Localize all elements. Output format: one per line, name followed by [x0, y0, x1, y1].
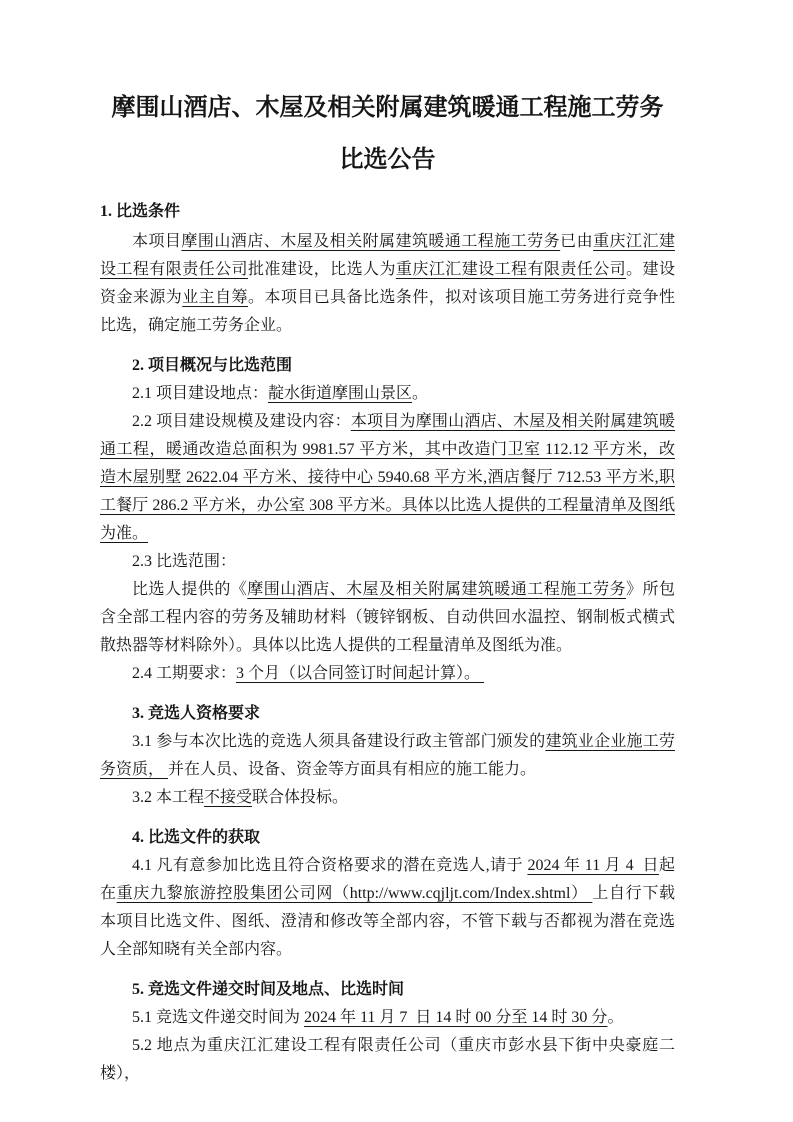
section-1-heading: 1. 比选条件	[100, 198, 675, 226]
document-title-line1: 摩围山酒店、木屋及相关附属建筑暖通工程施工劳务	[112, 95, 664, 121]
text-run: 5.2 地点为重庆江汇建设工程有限责任公司（重庆市彭水县下街中央豪庭二楼），	[100, 1037, 675, 1082]
clause-5-1: 5.1 竞选文件递交时间为 2024 年 11 月 7 日 14 时 00 分至…	[100, 1004, 675, 1032]
text-run: 并在人员、设备、资金等方面具有相应的施工能力。	[168, 761, 536, 778]
document-title: 摩围山酒店、木屋及相关附属建筑暖通工程施工劳务 比选公告	[100, 82, 675, 186]
underlined-text: 本项目为摩围山酒店、木屋及相关附属建筑暖通工程，暖通改造总面积为 9981.57…	[100, 413, 675, 542]
clause-2-3-label: 2.3 比选范围：	[100, 548, 675, 576]
underlined-text: 不接受	[204, 789, 252, 806]
text-run: 2.2 项目建设规模及建设内容：	[132, 413, 351, 430]
clause-2-4: 2.4 工期要求：3 个月（以合同签订时间起计算）。	[100, 660, 675, 688]
clause-3-1: 3.1 参与本次比选的竞选人须具备建设行政主管部门颁发的建筑业企业施工劳务资质，…	[100, 728, 675, 784]
text-run: 2.4 工期要求：	[132, 665, 236, 682]
underlined-text: 重庆九黎旅游控股集团公司网（http://www.cqjljt.com/Inde…	[117, 885, 593, 902]
text-run: 已由	[560, 233, 593, 250]
text-run: 5.1 竞选文件递交时间为	[132, 1009, 304, 1026]
text-run: 2.1 项目建设地点：	[132, 385, 268, 402]
underlined-text: 2024 年 11 月 4 日	[527, 857, 659, 874]
clause-3-2: 3.2 本工程不接受联合体投标。	[100, 784, 675, 812]
text-run: 2. 项目概况与比选范围	[132, 357, 292, 374]
clause-4-1: 4.1 凡有意参加比选且符合资格要求的潜在竞选人,请于 2024 年 11 月 …	[100, 852, 675, 964]
text-run: 3.1 参与本次比选的竞选人须具备建设行政主管部门颁发的	[132, 733, 545, 750]
text-run: 批准建设，比选人为	[248, 261, 396, 278]
underlined-text: 业主自筹	[182, 289, 248, 306]
clause-2-3-paragraph: 比选人提供的《摩围山酒店、木屋及相关附属建筑暖通工程施工劳务》所包含全部工程内容…	[100, 576, 675, 660]
text-run: 5. 竞选文件递交时间及地点、比选时间	[132, 981, 404, 998]
underlined-text: 摩围山酒店、木屋及相关附属建筑暖通工程施工劳务	[247, 581, 626, 598]
clause-2-2: 2.2 项目建设规模及建设内容：本项目为摩围山酒店、木屋及相关附属建筑暖通工程，…	[100, 408, 675, 548]
underlined-text: 靛水街道摩围山景区	[268, 385, 412, 402]
clause-2-1: 2.1 项目建设地点：靛水街道摩围山景区。	[100, 380, 675, 408]
clause-5-2: 5.2 地点为重庆江汇建设工程有限责任公司（重庆市彭水县下街中央豪庭二楼），	[100, 1032, 675, 1088]
section-3-heading: 3. 竞选人资格要求	[100, 700, 675, 728]
text-run: 3. 竞选人资格要求	[132, 705, 260, 722]
document-body: 1. 比选条件 本项目摩围山酒店、木屋及相关附属建筑暖通工程施工劳务已由重庆江汇…	[100, 198, 675, 1088]
text-run: 4.1 凡有意参加比选且符合资格要求的潜在竞选人,请于	[132, 857, 527, 874]
underlined-text: 3 个月（以合同签订时间起计算）。	[236, 665, 484, 682]
section-2-heading: 2. 项目概况与比选范围	[100, 352, 675, 380]
underlined-text: 摩围山酒店、木屋及相关附属建筑暖通工程施工劳务	[181, 233, 560, 250]
text-run: 2.3 比选范围：	[132, 553, 236, 570]
text-run: 4. 比选文件的获取	[132, 829, 260, 846]
text-run: 比选人提供的《	[132, 581, 247, 598]
section-4-heading: 4. 比选文件的获取	[100, 824, 675, 852]
text-run: 3.2 本工程	[132, 789, 204, 806]
document-title-line2: 比选公告	[340, 147, 436, 173]
underlined-text: 重庆江汇建设工程有限责任公司	[396, 261, 626, 278]
text-run: 本项目	[132, 233, 181, 250]
text-run: 。	[607, 1009, 623, 1026]
text-run: 联合体投标。	[252, 789, 348, 806]
text-run: 。	[412, 385, 428, 402]
section-5-heading: 5. 竞选文件递交时间及地点、比选时间	[100, 976, 675, 1004]
text-run: 1. 比选条件	[100, 203, 180, 220]
underlined-text: 2024 年 11 月 7 日 14 时 00 分至 14 时 30 分	[304, 1009, 607, 1026]
section-1-paragraph: 本项目摩围山酒店、木屋及相关附属建筑暖通工程施工劳务已由重庆江汇建设工程有限责任…	[100, 228, 675, 340]
document-page: 摩围山酒店、木屋及相关附属建筑暖通工程施工劳务 比选公告 1. 比选条件 本项目…	[0, 0, 793, 1122]
